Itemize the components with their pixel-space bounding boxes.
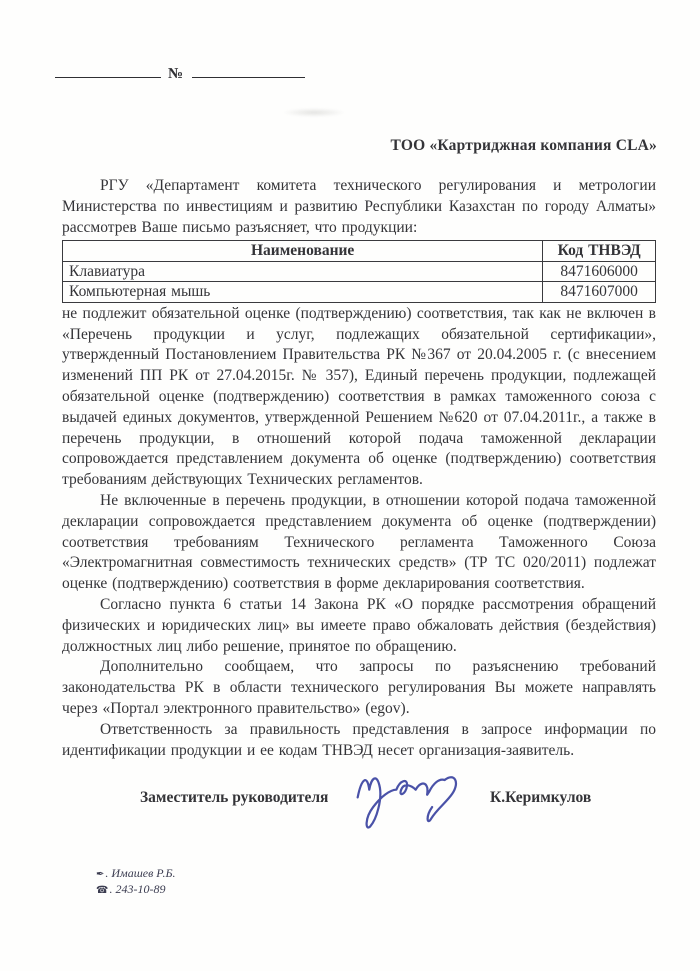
table-header-row: Наименование Код ТНВЭД <box>63 241 656 262</box>
body-paragraph: не подлежит обязательной оценке (подтвер… <box>62 304 656 491</box>
intro-paragraph: РГУ «Департамент комитета технического р… <box>62 176 656 238</box>
product-code: 8471606000 <box>543 261 656 282</box>
executor-line: ✒. Имашев Р.Б. <box>96 866 176 882</box>
table-row: Клавиатура 8471606000 <box>63 261 656 282</box>
reference-number-line: № <box>55 62 305 83</box>
letter-body: РГУ «Департамент комитета технического р… <box>62 176 656 761</box>
body-paragraph: Согласно пункта 6 статьи 14 Закона РК «О… <box>62 595 656 657</box>
signature-stroke <box>358 777 456 827</box>
product-name: Компьютерная мышь <box>63 282 543 303</box>
body-paragraph: Не включенные в перечень продукции, в от… <box>62 491 656 595</box>
signer-position: Заместитель руководителя <box>140 789 328 807</box>
table-row: Компьютерная мышь 8471607000 <box>63 282 656 303</box>
body-paragraph: Дополнительно сообщаем, что запросы по р… <box>62 657 656 719</box>
phone-number: . 243-10-89 <box>109 882 165 896</box>
signature-ink <box>348 748 464 842</box>
scanned-letter-page: № ТОО «Картриджная компания CLA» РГУ «Де… <box>0 0 700 971</box>
column-header-name: Наименование <box>63 241 543 262</box>
column-header-code: Код ТНВЭД <box>543 241 656 262</box>
scan-artifact-smudge <box>282 108 346 117</box>
phone-icon: ☎ <box>96 885 108 896</box>
executor-footer: ✒. Имашев Р.Б. ☎. 243-10-89 <box>96 866 176 898</box>
number-blank-underline <box>192 62 305 78</box>
pen-icon: ✒ <box>96 869 104 880</box>
product-code: 8471607000 <box>543 282 656 303</box>
date-blank-underline <box>55 62 161 78</box>
number-symbol: № <box>168 66 183 82</box>
product-name: Клавиатура <box>63 261 543 282</box>
signer-name: К.Керимкулов <box>490 789 591 807</box>
phone-line: ☎. 243-10-89 <box>96 882 176 898</box>
executor-name: . Имашев Р.Б. <box>105 866 175 880</box>
recipient-name: ТОО «Картриджная компания CLA» <box>391 137 657 155</box>
product-codes-table: Наименование Код ТНВЭД Клавиатура 847160… <box>62 240 656 303</box>
